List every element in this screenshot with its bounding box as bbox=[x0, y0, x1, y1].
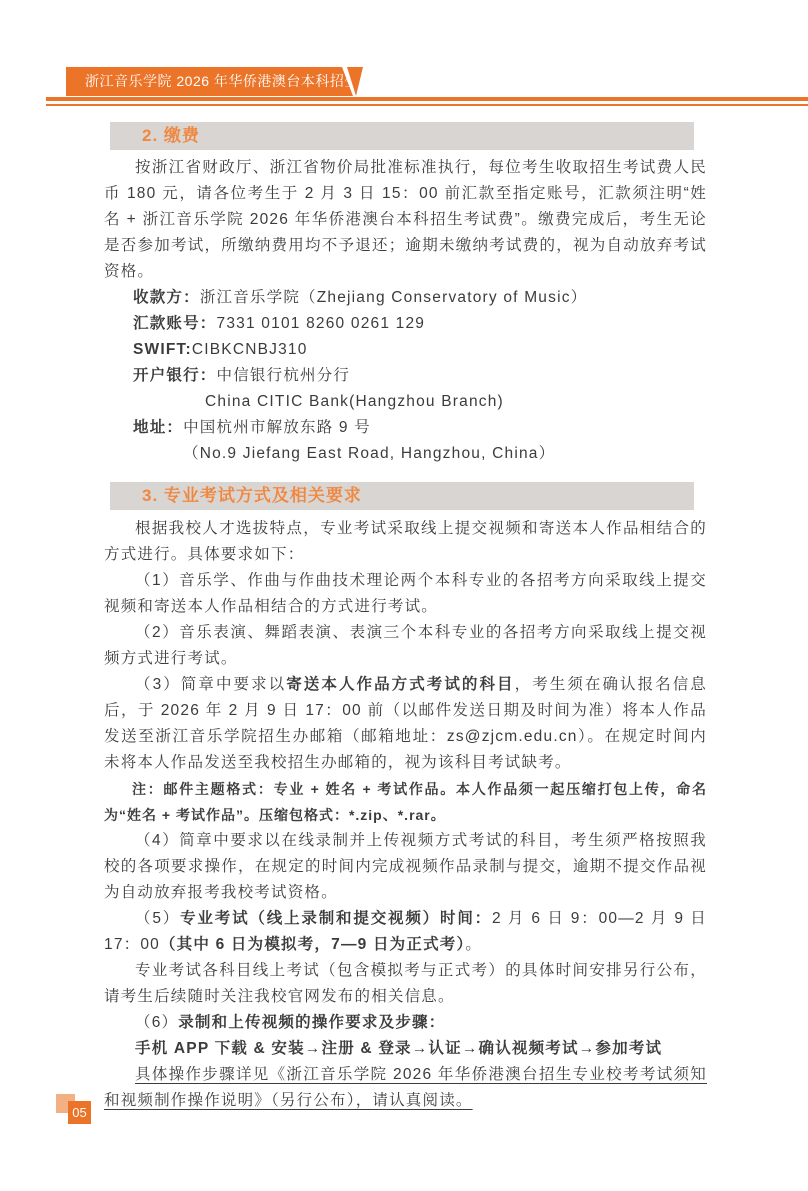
exam-item-3-paragraph: （3）简章中要求以寄送本人作品方式考试的科目，考生须在确认报名信息后，于 202… bbox=[104, 672, 707, 776]
bank-name-label: 开户银行： bbox=[133, 367, 217, 384]
item3-run-regular: （3）简章中要求以 bbox=[135, 676, 286, 693]
bank-address-line: 地址：中国杭州市解放东路 9 号 bbox=[104, 415, 707, 441]
bank-address-label: 地址： bbox=[133, 419, 183, 436]
bank-address-value: 中国杭州市解放东路 9 号 bbox=[183, 419, 371, 436]
header-banner: 浙江音乐学院 2026 年华侨港澳台本科招生简章 bbox=[66, 67, 363, 96]
content-column: 2. 缴费 按浙江省财政厅、浙江省物价局批准标准执行，每位考生收取招生考试费人民… bbox=[104, 122, 707, 1114]
email-note-paragraph: 注：邮件主题格式：专业 + 姓名 + 考试作品。本人作品须一起压缩打包上传，命名… bbox=[104, 776, 707, 828]
bank-account-line: 汇款账号：7331 0101 8260 0261 129 bbox=[104, 311, 707, 337]
exam-item-6-paragraph: （6）录制和上传视频的操作要求及步骤： bbox=[104, 1010, 707, 1036]
exam-item-1-paragraph: （1）音乐学、作曲与作曲技术理论两个本科专业的各招考方向采取线上提交视频和寄送本… bbox=[104, 568, 707, 620]
document-page: 浙江音乐学院 2026 年华侨港澳台本科招生简章 2. 缴费 按浙江省财政厅、浙… bbox=[0, 0, 808, 1191]
bank-name-value: 中信银行杭州分行 bbox=[217, 367, 351, 384]
payment-intro-paragraph: 按浙江省财政厅、浙江省物价局批准标准执行，每位考生收取招生考试费人民币 180 … bbox=[104, 155, 707, 285]
header-rule-thin bbox=[46, 104, 808, 106]
bank-swift-label: SWIFT: bbox=[133, 341, 192, 358]
bank-swift-value: CIBKCNBJ310 bbox=[192, 341, 308, 358]
header-rule-thick bbox=[46, 97, 808, 101]
bank-name-line: 开户银行：中信银行杭州分行 bbox=[104, 363, 707, 389]
exam-item-4-paragraph: （4）简章中要求以在线录制并上传视频方式考试的科目，考生须严格按照我校的各项要求… bbox=[104, 828, 707, 906]
bank-payee-line: 收款方：浙江音乐学院（Zhejiang Conservatory of Musi… bbox=[104, 285, 707, 311]
bank-account-label: 汇款账号： bbox=[133, 315, 217, 332]
item6-title: 录制和上传视频的操作要求及步骤： bbox=[178, 1014, 445, 1031]
bank-swift-line: SWIFT:CIBKCNBJ310 bbox=[104, 337, 707, 363]
bank-name-english-line: China CITIC Bank(Hangzhou Branch) bbox=[104, 389, 707, 415]
item3-run-bold: 寄送本人作品方式考试的科目 bbox=[286, 676, 514, 693]
item5-time-detail: （其中 6 日为模拟考，7—9 日为正式考） bbox=[160, 936, 465, 953]
item6-number: （6） bbox=[135, 1014, 178, 1031]
section-2-header: 2. 缴费 bbox=[110, 122, 694, 150]
app-steps-paragraph: 手机 APP 下载 & 安装→注册 & 登录→认证→确认视频考试→参加考试 bbox=[104, 1036, 707, 1062]
item5-time-label: 专业考试（线上录制和提交视频）时间： bbox=[180, 910, 492, 927]
bank-address-english-line: （No.9 Jiefang East Road, Hangzhou, China… bbox=[104, 441, 707, 467]
exam-item-5-paragraph: （5）专业考试（线上录制和提交视频）时间：2 月 6 日 9：00—2 月 9 … bbox=[104, 906, 707, 958]
exam-schedule-paragraph: 专业考试各科目线上考试（包含模拟考与正式考）的具体时间安排另行公布，请考生后续随… bbox=[104, 958, 707, 1010]
bank-payee-value: 浙江音乐学院（Zhejiang Conservatory of Music） bbox=[200, 289, 588, 306]
banner-title: 浙江音乐学院 2026 年华侨港澳台本科招生简章 bbox=[66, 67, 363, 96]
exam-intro-paragraph: 根据我校人才选拔特点，专业考试采取线上提交视频和寄送本人作品相结合的方式进行。具… bbox=[104, 516, 707, 568]
item5-period: 。 bbox=[465, 936, 482, 953]
item5-number: （5） bbox=[135, 910, 180, 927]
bank-payee-label: 收款方： bbox=[133, 289, 200, 306]
final-instructions-paragraph: 具体操作步骤详见《浙江音乐学院 2026 年华侨港澳台招生专业校考考试须知和视频… bbox=[104, 1062, 707, 1114]
exam-item-2-paragraph: （2）音乐表演、舞蹈表演、表演三个本科专业的各招考方向采取线上提交视频方式进行考… bbox=[104, 620, 707, 672]
section-3-header: 3. 专业考试方式及相关要求 bbox=[110, 482, 694, 510]
page-number: 05 bbox=[68, 1101, 91, 1124]
bank-account-value: 7331 0101 8260 0261 129 bbox=[217, 315, 426, 332]
